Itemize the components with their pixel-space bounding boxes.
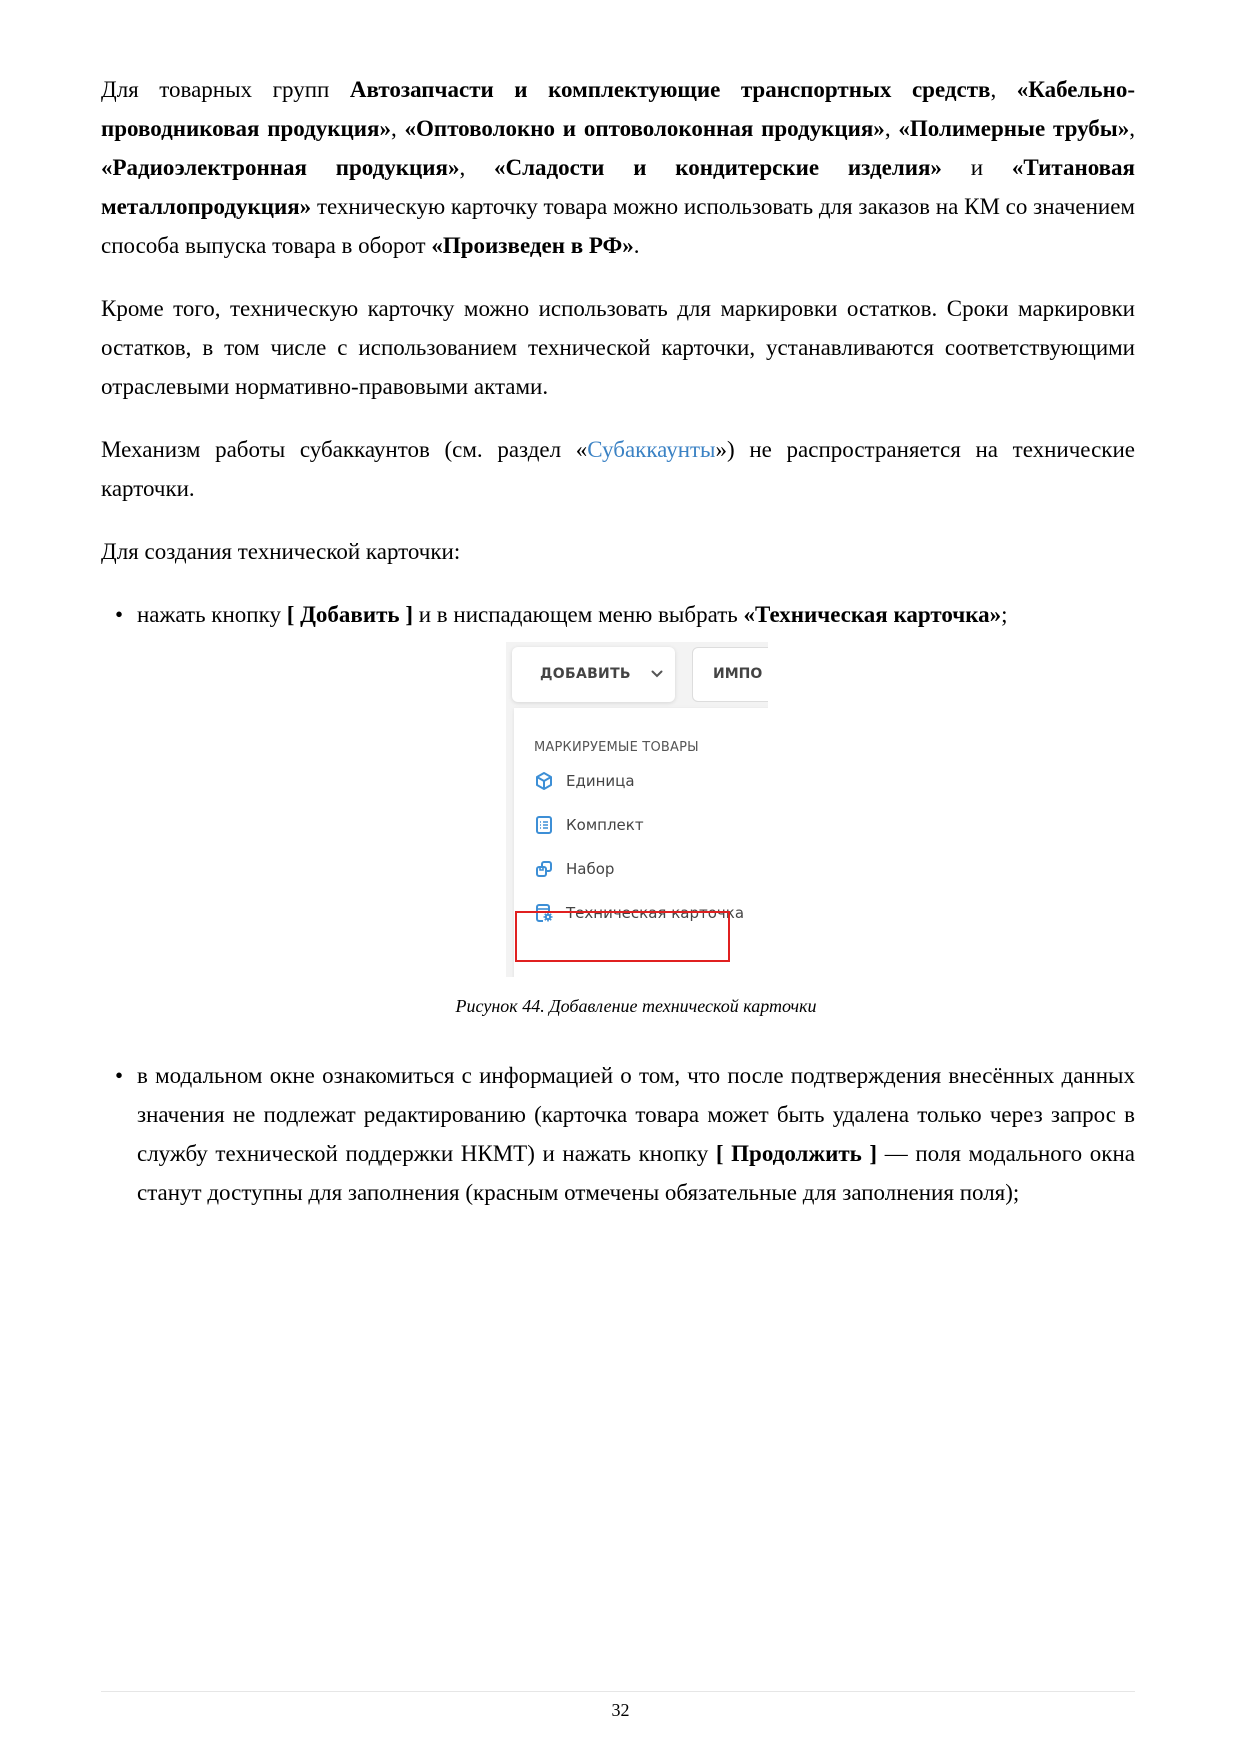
text: нажать кнопку xyxy=(137,602,287,627)
text: и в ниспадающем меню выбрать xyxy=(413,602,744,627)
figure-screenshot: ДОБАВИТЬ ИМПО МАРКИРУЕМЫЕ ТОВАРЫ Единица xyxy=(506,642,768,977)
text: , xyxy=(885,116,899,141)
text: , xyxy=(990,77,1016,102)
subaccounts-link[interactable]: Субаккаунты xyxy=(587,437,715,462)
bullet: • xyxy=(115,1056,123,1095)
text: Механизм работы субаккаунтов (см. раздел… xyxy=(101,437,587,462)
step-item: • нажать кнопку [ Добавить ] и в ниспада… xyxy=(101,595,1135,1026)
set-icon xyxy=(534,859,554,879)
text: ; xyxy=(1001,602,1007,627)
document-page: Для товарных групп Автозапчасти и компле… xyxy=(101,70,1135,1232)
button-reference: [ Продолжить ] xyxy=(716,1141,877,1166)
add-button[interactable]: ДОБАВИТЬ xyxy=(512,647,675,702)
paragraph-create-intro: Для создания технической карточки: xyxy=(101,532,1135,571)
footer-divider xyxy=(101,1691,1135,1692)
bold-text: «Произведен в РФ» xyxy=(431,233,633,258)
text: , xyxy=(391,116,405,141)
cube-icon xyxy=(534,771,554,791)
highlight-frame xyxy=(515,911,730,962)
bold-text: «Радиоэлектронная продукция» xyxy=(101,155,459,180)
step-item: • в модальном окне ознакомиться с информ… xyxy=(101,1056,1135,1212)
text: , xyxy=(1129,116,1135,141)
bullet: • xyxy=(115,595,123,634)
bold-text: Автозапчасти и комплектующие транспортны… xyxy=(350,77,991,102)
text: , xyxy=(459,155,494,180)
text: . xyxy=(634,233,640,258)
menu-item-set[interactable]: Набор xyxy=(534,854,614,884)
bold-text: «Оптоволокно и оптоволоконная продукция» xyxy=(405,116,885,141)
menu-item-kit[interactable]: Комплект xyxy=(534,810,644,840)
menu-item-label: Набор xyxy=(566,850,614,889)
menu-item-unit[interactable]: Единица xyxy=(534,766,635,796)
list-icon xyxy=(534,815,554,835)
steps-list: • нажать кнопку [ Добавить ] и в ниспада… xyxy=(101,595,1135,1212)
text: и xyxy=(942,155,1012,180)
menu-item-label: Комплект xyxy=(566,806,644,845)
button-reference: [ Добавить ] xyxy=(287,602,413,627)
import-button[interactable]: ИМПО xyxy=(692,647,768,702)
bold-text: «Сладости и кондитерские изделия» xyxy=(494,155,942,180)
menu-item-reference: «Техническая карточка» xyxy=(744,602,1002,627)
figure-caption: Рисунок 44. Добавление технической карто… xyxy=(137,987,1135,1026)
paragraph-remainders: Кроме того, техническую карточку можно и… xyxy=(101,289,1135,406)
page-number: 32 xyxy=(0,1700,1241,1721)
add-button-label: ДОБАВИТЬ xyxy=(540,655,631,694)
paragraph-subaccounts: Механизм работы субаккаунтов (см. раздел… xyxy=(101,430,1135,508)
menu-item-label: Единица xyxy=(566,762,635,801)
import-button-label: ИМПО xyxy=(713,655,762,694)
chevron-down-icon xyxy=(651,655,663,694)
bold-text: «Полимерные трубы» xyxy=(898,116,1129,141)
text: Для товарных групп xyxy=(101,77,350,102)
paragraph-product-groups: Для товарных групп Автозапчасти и компле… xyxy=(101,70,1135,265)
